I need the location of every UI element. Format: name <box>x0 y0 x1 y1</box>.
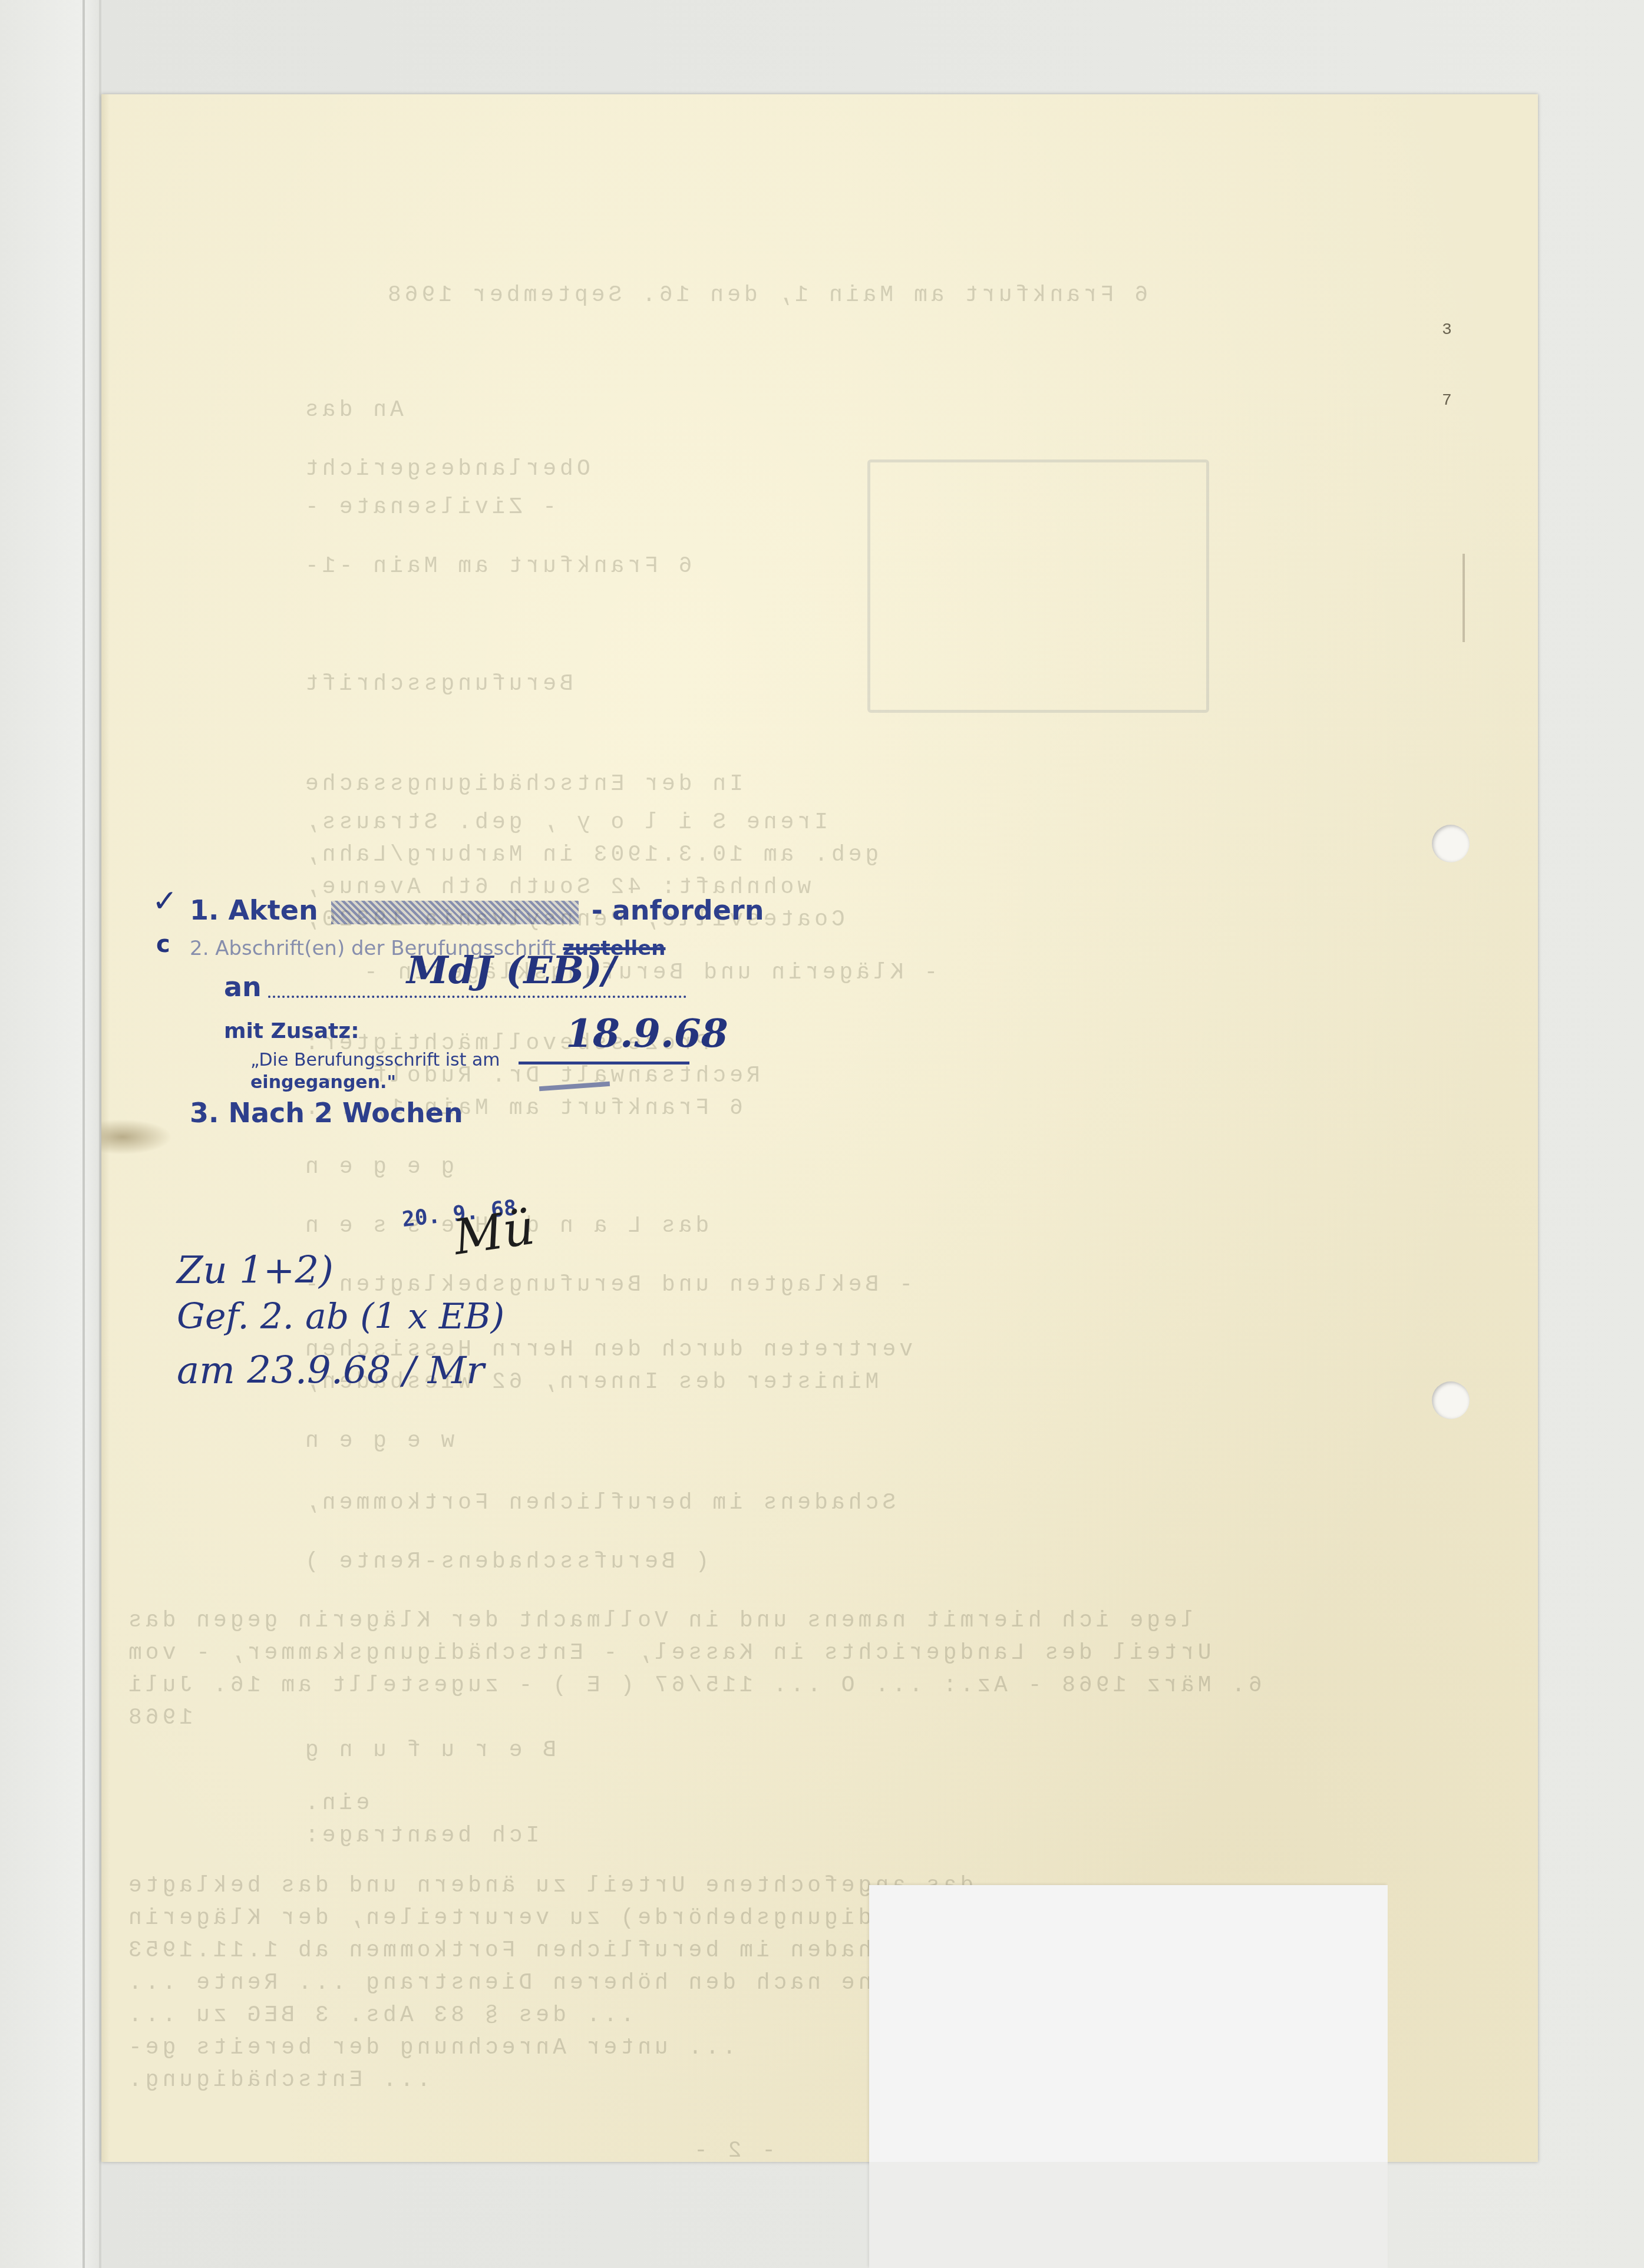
bleed-line: 6. März 1968 - Az.: ... O ... 115/67 ( E… <box>125 1673 1262 1698</box>
redacted-block <box>331 901 579 924</box>
stamp-item-3: 3. Nach 2 Wochen <box>190 1097 463 1129</box>
stamp-item-1: 1. Akten - anfordern <box>190 894 764 926</box>
stamp-an-fill-line <box>268 996 686 998</box>
stamp-zusatz-end: eingegangen." <box>250 1072 396 1093</box>
margin-mark <box>1463 554 1465 642</box>
bleed-line: Berufungsschrift <box>302 672 573 697</box>
bleed-receipt-stamp <box>867 459 1209 713</box>
bleed-line: g e g e n <box>302 1155 454 1180</box>
paper-tear <box>101 1119 172 1155</box>
bleed-line: für Schaden im beruflichen Fortkommen ab… <box>125 1938 973 1963</box>
bleed-line: An das <box>302 398 404 423</box>
bleed-line: 1968 <box>125 1705 193 1731</box>
bleed-line: - Beklagten und Berufungsbeklagten - <box>302 1272 913 1298</box>
bleed-line: lege ich hiermit namens und in Vollmacht… <box>125 1608 1194 1634</box>
bleed-line: ... unter Anrechnung der bereits ge- <box>125 2035 736 2061</box>
bleed-line: w e g e n <box>302 1429 454 1454</box>
receipt-date-handwriting: 18.9.68 <box>566 1010 728 1056</box>
checkmark-icon: ✓ <box>152 884 178 919</box>
bleed-line: geb. am 10.3.1903 in Marburg/Lahn, <box>302 842 879 868</box>
bleed-line: 6 Frankfurt am Main 1, den 16. September… <box>384 283 1148 308</box>
bleed-line: ... des § 83 Abs. 3 BEG zu ... <box>125 2003 634 2028</box>
bleed-line: B e r u f u n g <box>302 1738 556 1763</box>
punch-hole <box>1432 1381 1470 1419</box>
bleed-line: ... Entschädigung. <box>125 2068 430 2093</box>
bleed-line: 6 Frankfurt am Main -1- <box>302 554 692 579</box>
stamp-item-1-suffix: - anfordern <box>592 894 764 926</box>
bleed-line: Oberlandesgericht <box>302 457 590 482</box>
archive-tape-band <box>869 2162 1388 2268</box>
page-mark: 3 <box>1442 321 1452 339</box>
handwritten-note-line-1: Zu 1+2) <box>177 1249 334 1292</box>
bleed-line: In der Entschädigungssache <box>302 772 743 797</box>
bleed-line: - 2 - <box>691 2138 775 2164</box>
stamp-mit-label: mit Zusatz: <box>224 1019 359 1043</box>
initials-signature: Mü <box>450 1199 538 1266</box>
stamp-date-rule <box>519 1062 689 1064</box>
bleed-line: Irene S i l o y , geb. Strauss, <box>302 810 828 835</box>
handwritten-note-line-2: Gef. 2. ab (1 x EB) <box>177 1296 504 1337</box>
bleed-line: ein. <box>302 1791 369 1816</box>
handwritten-note-line-3: am 23.9.68 / Mr <box>177 1349 484 1393</box>
page-mark: 7 <box>1442 392 1452 410</box>
bleed-line: Urteil des Landgerichts in Kassel, - Ent… <box>125 1641 1211 1666</box>
stamp-an-label: an <box>224 971 262 1003</box>
binder-edge-line <box>82 0 85 2268</box>
bleed-line: ( Berufsschadens-Rente ) <box>302 1549 709 1575</box>
bleed-line: eine nach den höheren Dienstrang ... Ren… <box>125 1971 906 1996</box>
stamp-item-1-prefix: 1. Akten <box>190 894 318 926</box>
recipient-handwriting: MdJ (EB)/ <box>407 948 616 993</box>
stamp-zusatz-text: „Die Berufungsschrift ist am <box>250 1050 500 1070</box>
punch-hole <box>1432 825 1470 862</box>
check-mark-small: c <box>156 931 170 958</box>
bleed-line: Schadens im beruflichen Fortkommen, <box>302 1490 896 1516</box>
bleed-line: Ich beantrage: <box>302 1823 539 1849</box>
bleed-line: - Zivilsenate - <box>302 495 556 520</box>
bleed-line: das angefochtene Urteil zu ändern und da… <box>125 1873 973 1899</box>
